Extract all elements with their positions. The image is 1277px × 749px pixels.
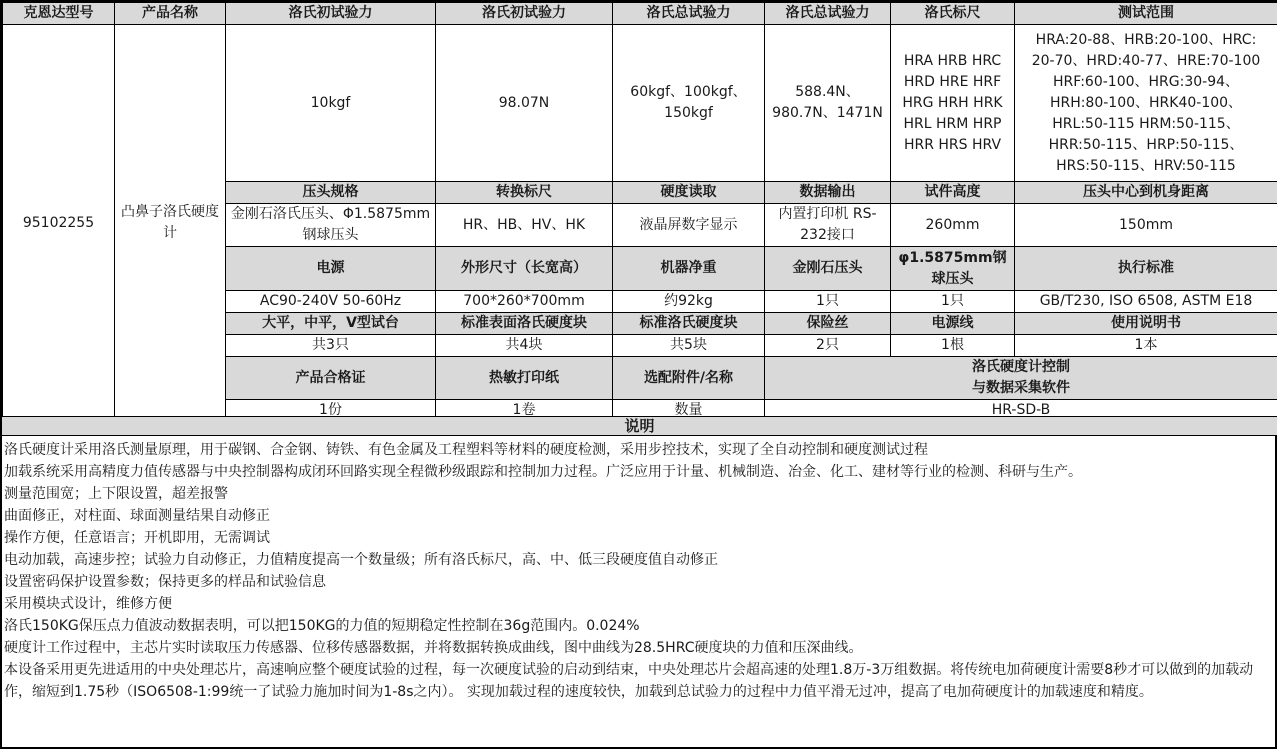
description-line: 采用模块式设计，维修方便 bbox=[4, 593, 1274, 615]
label-diamond-indenter: 金刚石压头 bbox=[765, 247, 891, 291]
label-manual: 使用说明书 bbox=[1015, 313, 1277, 335]
description-line: 操作方便，任意语言；开机即用，无需调试 bbox=[4, 527, 1274, 549]
range-line: HRH:80-100、HRK40-100、 bbox=[1017, 93, 1275, 114]
power: AC90-240V 50-60Hz bbox=[226, 291, 436, 313]
diamond-indenter-qty: 1只 bbox=[765, 291, 891, 313]
total-force-kgf: 60kgf、100kgf、150kgf bbox=[613, 25, 765, 182]
label-power: 电源 bbox=[226, 247, 436, 291]
manual-qty: 1本 bbox=[1015, 335, 1277, 357]
label-conversion-scale: 转换标尺 bbox=[436, 182, 613, 204]
header-product-name: 产品名称 bbox=[115, 3, 226, 25]
power-cord-qty: 1根 bbox=[891, 335, 1015, 357]
hardness-reading: 液晶屏数字显示 bbox=[613, 204, 765, 247]
ball-indenter-qty: 1只 bbox=[891, 291, 1015, 313]
model-number: 95102255 bbox=[3, 25, 115, 422]
total-force-n: 588.4N、980.7N、1471N bbox=[765, 25, 891, 182]
throat-depth: 150mm bbox=[1015, 204, 1277, 247]
label-hardness-reading: 硬度读取 bbox=[613, 182, 765, 204]
description-body: 洛氏硬度计采用洛氏测量原理，用于碳钢、合金钢、铸铁、有色金属及工程塑料等材料的硬… bbox=[4, 439, 1274, 703]
header-initial-force-n: 洛氏初试验力 bbox=[436, 3, 613, 25]
scale-line: HRD HRE HRF bbox=[893, 72, 1012, 93]
label-superficial-blocks: 标准表面洛氏硬度块 bbox=[436, 313, 613, 335]
scale-line: HRR HRS HRV bbox=[893, 135, 1012, 156]
label-thermal-paper: 热敏打印纸 bbox=[436, 357, 613, 400]
header-scale: 洛氏标尺 bbox=[891, 3, 1015, 25]
header-model: 克恩达型号 bbox=[3, 3, 115, 25]
description-line: 曲面修正，对柱面、球面测量结果自动修正 bbox=[4, 505, 1274, 527]
description-line: 硬度计工作过程中，主芯片实时读取压力传感器、位移传感器数据，并将数据转换成曲线，… bbox=[4, 637, 1274, 659]
superficial-blocks-qty: 共4块 bbox=[436, 335, 613, 357]
test-anvils-qty: 共3只 bbox=[226, 335, 436, 357]
label-dimensions: 外形尺寸（长宽高） bbox=[436, 247, 613, 291]
description-line: 设置密码保护设置参数；保持更多的样品和试验信息 bbox=[4, 571, 1274, 593]
label-test-anvils: 大平，中平，V型试台 bbox=[226, 313, 436, 335]
label-specimen-height: 试件高度 bbox=[891, 182, 1015, 204]
description-line: 洛氏硬度计采用洛氏测量原理，用于碳钢、合金钢、铸铁、有色金属及工程塑料等材料的硬… bbox=[4, 439, 1274, 461]
description-line: 加载系统采用高精度力值传感器与中央控制器构成闭环回路实现全程微秒级跟踪和控制加力… bbox=[4, 461, 1274, 483]
scale-line: HRL HRM HRP bbox=[893, 114, 1012, 135]
spec-sheet: 克恩达型号 产品名称 洛氏初试验力 洛氏初试验力 洛氏总试验力 洛氏总试验力 洛… bbox=[0, 0, 1277, 749]
scale-line: HRG HRH HRK bbox=[893, 93, 1012, 114]
standard-blocks-qty: 共5块 bbox=[613, 335, 765, 357]
label-data-output: 数据输出 bbox=[765, 182, 891, 204]
software-label-line2: 与数据采集软件 bbox=[767, 378, 1275, 399]
description-line: 洛氏150KG保压点力值波动数据表明，可以把150KG的力值的短期稳定性控制在3… bbox=[4, 615, 1274, 637]
label-ball-indenter: φ1.5875mm钢球压头 bbox=[891, 247, 1015, 291]
header-total-force-kgf: 洛氏总试验力 bbox=[613, 3, 765, 25]
net-weight: 约92kg bbox=[613, 291, 765, 313]
header-initial-force-kgf: 洛氏初试验力 bbox=[226, 3, 436, 25]
fuse-qty: 2只 bbox=[765, 335, 891, 357]
label-certificate: 产品合格证 bbox=[226, 357, 436, 400]
label-optional-accessory: 选配附件/名称 bbox=[613, 357, 765, 400]
conversion-scale: HR、HB、HV、HK bbox=[436, 204, 613, 247]
description-line: 测量范围宽；上下限设置，超差报警 bbox=[4, 483, 1274, 505]
label-software: 洛氏硬度计控制 与数据采集软件 bbox=[765, 357, 1277, 400]
description-line: 本设备采用更先进适用的中央处理芯片，高速响应整个硬度试验的过程，每一次硬度试验的… bbox=[4, 659, 1274, 703]
initial-force-kgf: 10kgf bbox=[226, 25, 436, 182]
label-power-cord: 电源线 bbox=[891, 313, 1015, 335]
header-total-force-n: 洛氏总试验力 bbox=[765, 3, 891, 25]
label-net-weight: 机器净重 bbox=[613, 247, 765, 291]
scale-line: HRA HRB HRC bbox=[893, 51, 1012, 72]
specimen-height: 260mm bbox=[891, 204, 1015, 247]
label-fuse: 保险丝 bbox=[765, 313, 891, 335]
header-range: 测试范围 bbox=[1015, 3, 1277, 25]
range-line: HRS:50-115、HRV:50-115 bbox=[1017, 156, 1275, 177]
description-title: 说明 bbox=[2, 416, 1277, 436]
range-list: HRA:20-88、HRB:20-100、HRC: 20-70、HRD:40-7… bbox=[1015, 25, 1277, 182]
product-name: 凸鼻子洛氏硬度计 bbox=[115, 25, 226, 422]
scale-list: HRA HRB HRC HRD HRE HRF HRG HRH HRK HRL … bbox=[891, 25, 1015, 182]
indenter-spec: 金刚石洛氏压头、Φ1.5875mm钢球压头 bbox=[226, 204, 436, 247]
range-line: HRL:50-115 HRM:50-115、 bbox=[1017, 114, 1275, 135]
range-line: HRA:20-88、HRB:20-100、HRC: bbox=[1017, 30, 1275, 51]
dimensions: 700*260*700mm bbox=[436, 291, 613, 313]
range-line: 20-70、HRD:40-77、HRE:70-100 bbox=[1017, 51, 1275, 72]
label-standard-blocks: 标准洛氏硬度块 bbox=[613, 313, 765, 335]
label-standard: 执行标准 bbox=[1015, 247, 1277, 291]
range-line: HRR:50-115、HRP:50-115、 bbox=[1017, 135, 1275, 156]
description-line: 电动加载，高速步控；试验力自动修正，力值精度提高一个数量级；所有洛氏标尺，高、中… bbox=[4, 549, 1274, 571]
software-label-line1: 洛氏硬度计控制 bbox=[767, 357, 1275, 378]
label-indenter-spec: 压头规格 bbox=[226, 182, 436, 204]
data-output: 内置打印机 RS-232接口 bbox=[765, 204, 891, 247]
spec-table: 克恩达型号 产品名称 洛氏初试验力 洛氏初试验力 洛氏总试验力 洛氏总试验力 洛… bbox=[2, 2, 1277, 422]
initial-force-n: 98.07N bbox=[436, 25, 613, 182]
range-line: HRF:60-100、HRG:30-94、 bbox=[1017, 72, 1275, 93]
standard: GB/T230, ISO 6508, ASTM E18 bbox=[1015, 291, 1277, 313]
label-throat-depth: 压头中心到机身距离 bbox=[1015, 182, 1277, 204]
